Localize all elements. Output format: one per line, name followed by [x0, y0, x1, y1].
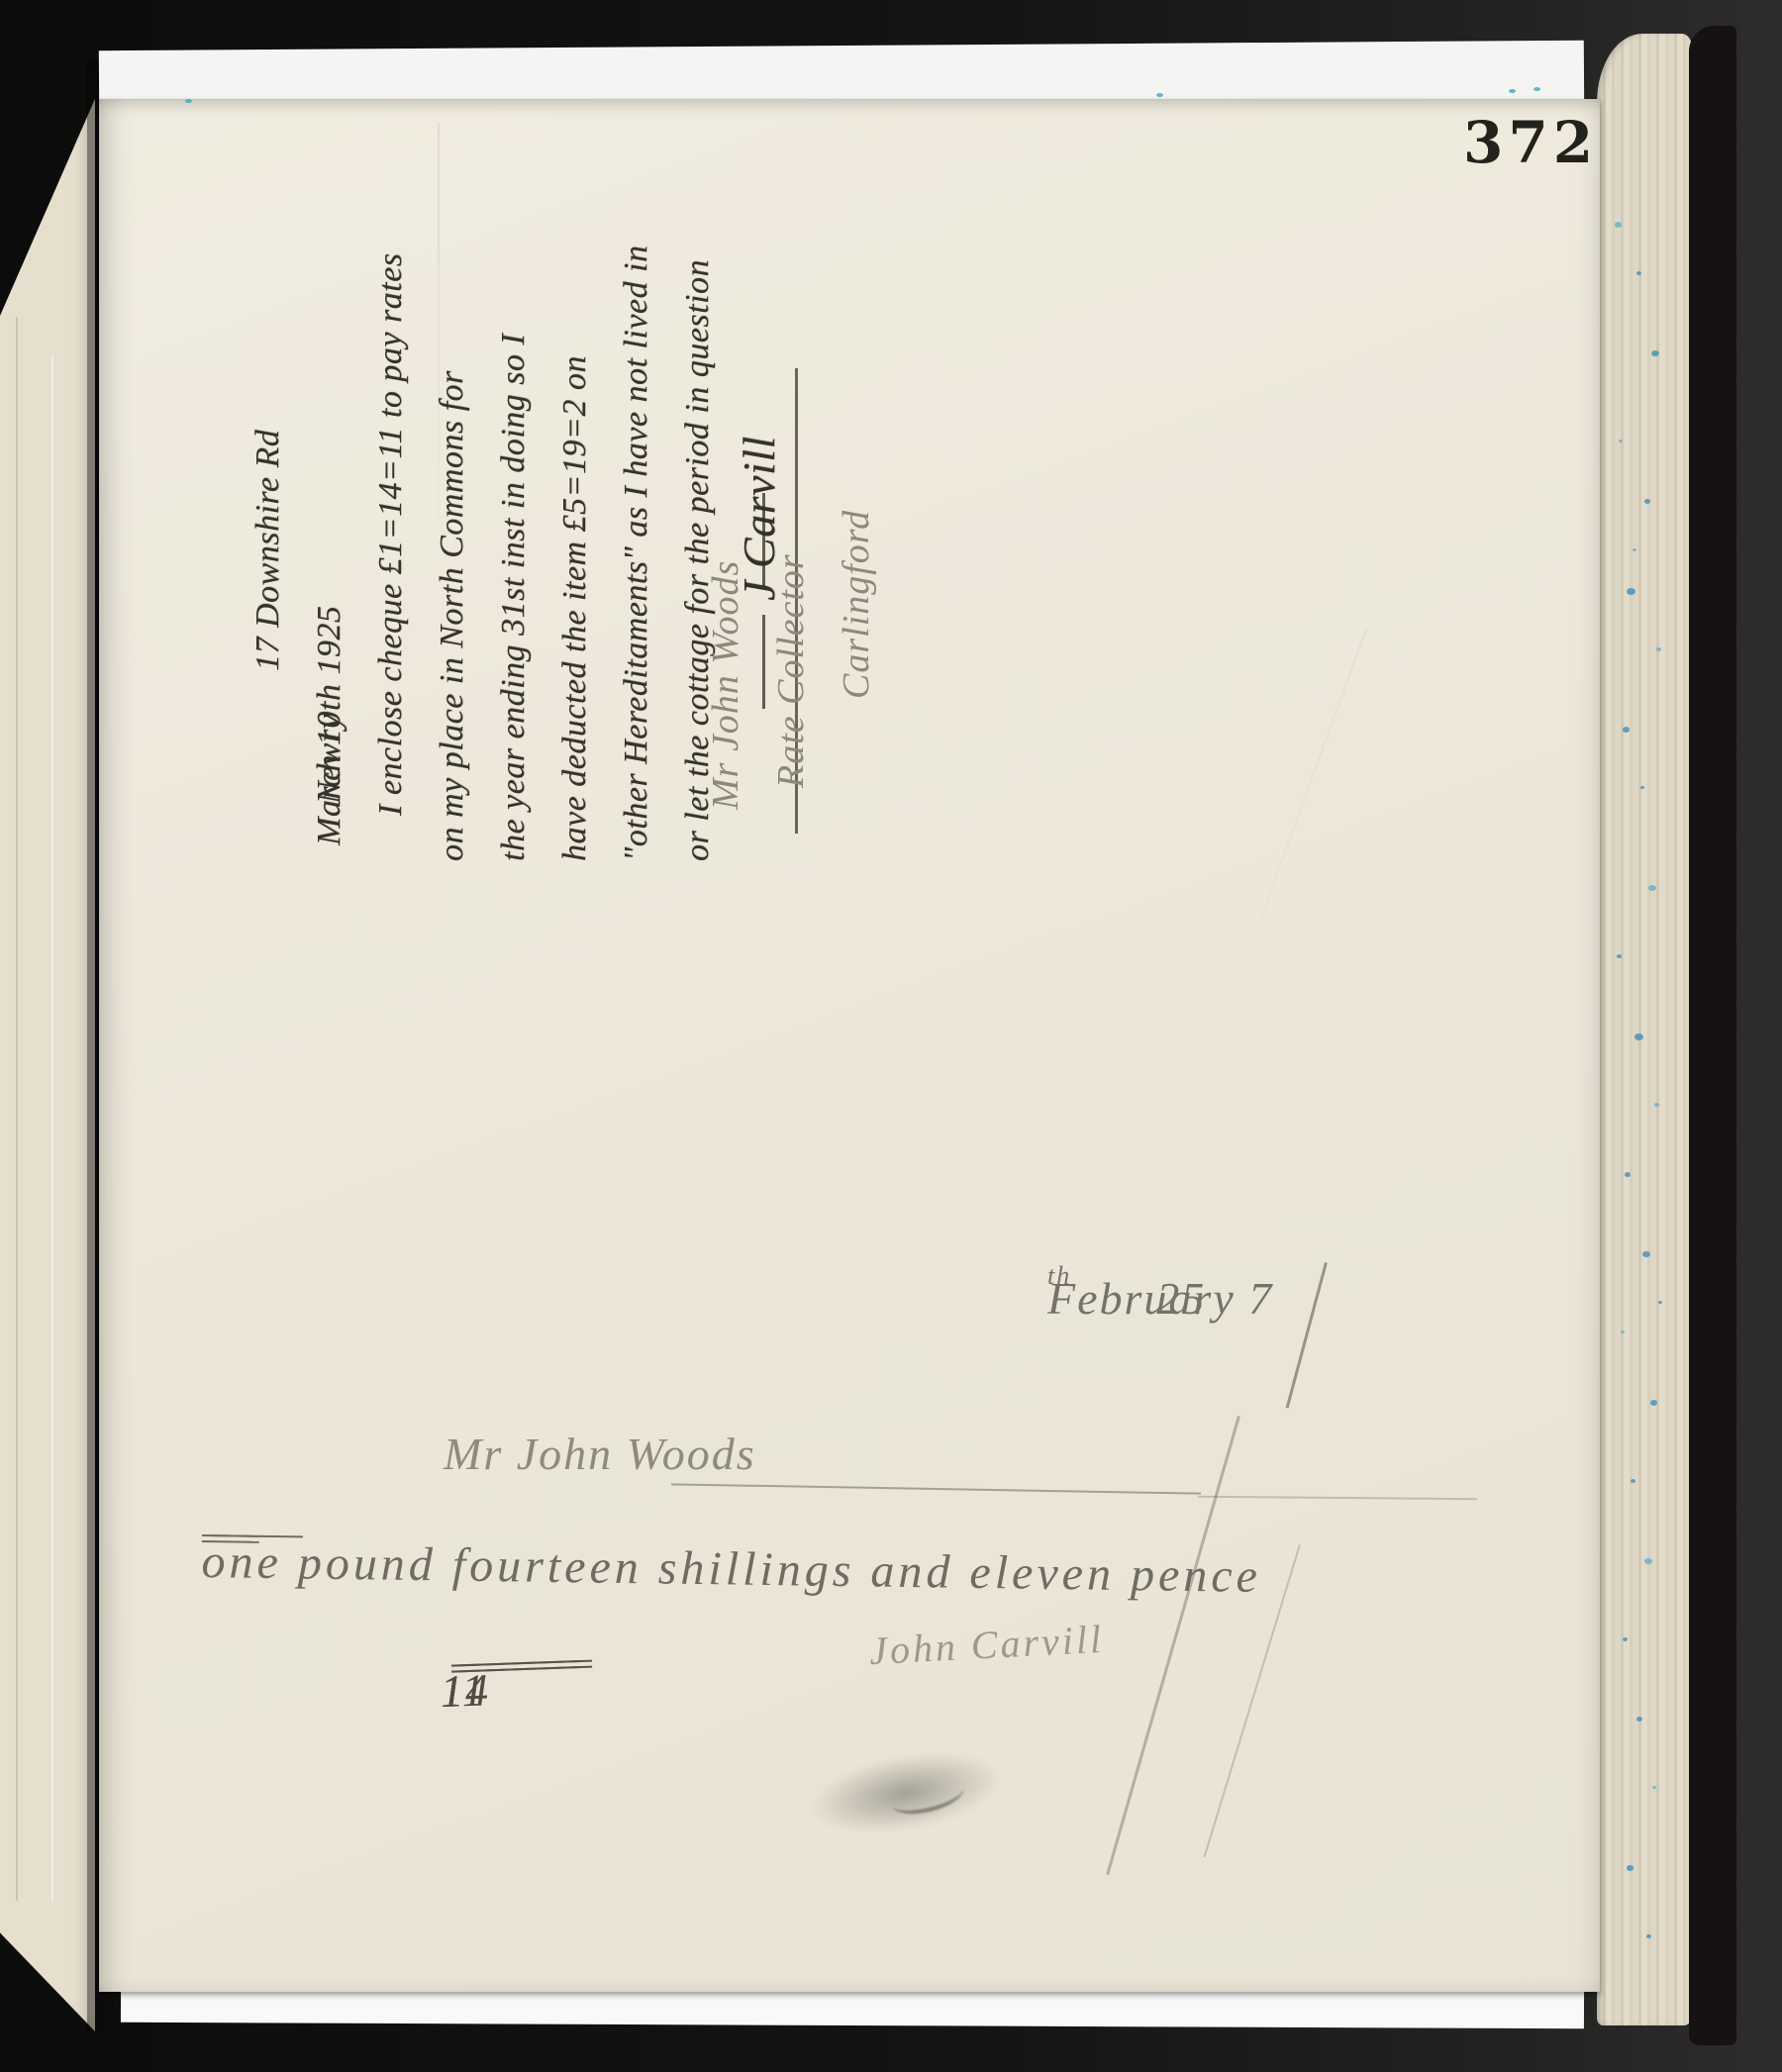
blue-ink-speck: [1656, 647, 1661, 651]
pencil-slash-mark: [1286, 1262, 1328, 1409]
letter-address-line: 17 Downshire Rd: [238, 124, 299, 861]
book-fore-edge: [1597, 34, 1692, 2025]
blue-ink-speck: [1648, 885, 1656, 891]
pencil-address-line: Carlingford: [824, 510, 889, 810]
blue-ink-speck: [1156, 93, 1163, 97]
letter-date-line: March 10th 1925Newry: [299, 124, 360, 861]
blue-ink-speck: [1652, 1786, 1656, 1789]
blue-ink-speck: [1644, 1558, 1652, 1564]
blue-ink-speck: [1642, 1251, 1650, 1257]
blue-ink-speck: [185, 99, 192, 103]
page-crease: [51, 356, 53, 1901]
blue-ink-speck: [1627, 1865, 1633, 1871]
blue-ink-speck: [1654, 1103, 1659, 1107]
pencil-dash-line: [1198, 1496, 1477, 1500]
blue-ink-speck: [1623, 1637, 1628, 1641]
blue-ink-speck: [1633, 548, 1636, 551]
blue-ink-speck: [1634, 1034, 1643, 1040]
pencil-address-line: Rate Collector: [758, 553, 824, 810]
blue-ink-speck: [1509, 89, 1516, 93]
blue-ink-speck: [1636, 271, 1641, 275]
figure-pence: 11: [440, 1663, 487, 1718]
letter-town: Newry: [299, 714, 360, 804]
blue-ink-speck: [1625, 1172, 1631, 1177]
amount-words-text: one pound fourteen shillings and eleven …: [201, 1534, 1261, 1604]
annotation-recipient: Mr John Woods: [444, 1428, 756, 1480]
blue-ink-speck: [1621, 1331, 1625, 1333]
blue-ink-speck: [1534, 87, 1540, 91]
blue-ink-speck: [1623, 727, 1630, 733]
pencil-address-block: Mr John Woods Rate Collector Carlingford: [693, 354, 911, 810]
letter-body-line: have deducted the item £5=19=2 on: [544, 124, 606, 861]
blue-ink-speck: [1636, 1717, 1642, 1722]
letter-body-line: "other Hereditaments" as I have not live…: [606, 124, 667, 861]
blue-ink-speck: [1631, 1479, 1635, 1483]
blue-ink-speck: [1646, 1934, 1651, 1938]
page-crease: [16, 317, 18, 1901]
ledger-page: 372 17 Downshire Rd March 10th 1925Newry…: [99, 99, 1600, 1992]
blue-ink-speck: [1651, 350, 1659, 356]
blue-ink-speck: [1627, 588, 1635, 595]
facing-page-edge: [0, 59, 95, 2031]
letter-body-line: I enclose cheque £1=14=11 to pay rates: [360, 124, 422, 861]
blue-ink-speck: [1640, 786, 1644, 789]
blue-ink-speck: [1615, 222, 1622, 228]
blue-ink-speck: [1619, 440, 1623, 443]
annotation-signature: John Carvill: [868, 1616, 1105, 1674]
blue-ink-speck: [1650, 1400, 1657, 1406]
annotation-date: February 7th25: [1047, 1272, 1071, 1325]
annotation-date-ordinal: th: [1047, 1261, 1071, 1290]
blue-ink-speck: [1617, 954, 1622, 958]
page-number: 372: [1463, 109, 1598, 176]
pencil-dash-line: [671, 1483, 1201, 1494]
letter-body-line: on my place in North Commons for: [422, 124, 483, 861]
book-photograph: 372 17 Downshire Rd March 10th 1925Newry…: [0, 0, 1782, 2072]
pencil-address-line: Mr John Woods: [693, 560, 758, 810]
page-crease: [1189, 629, 1367, 1113]
letter-body-line: the year ending 31st inst in doing so I: [483, 124, 544, 861]
book-cover-edge: [1689, 26, 1736, 2045]
blue-ink-speck: [1644, 499, 1650, 504]
dash-mark: [212, 1534, 303, 1543]
blue-ink-speck: [1658, 1301, 1662, 1304]
annotation-date-year: 25: [1156, 1272, 1206, 1325]
